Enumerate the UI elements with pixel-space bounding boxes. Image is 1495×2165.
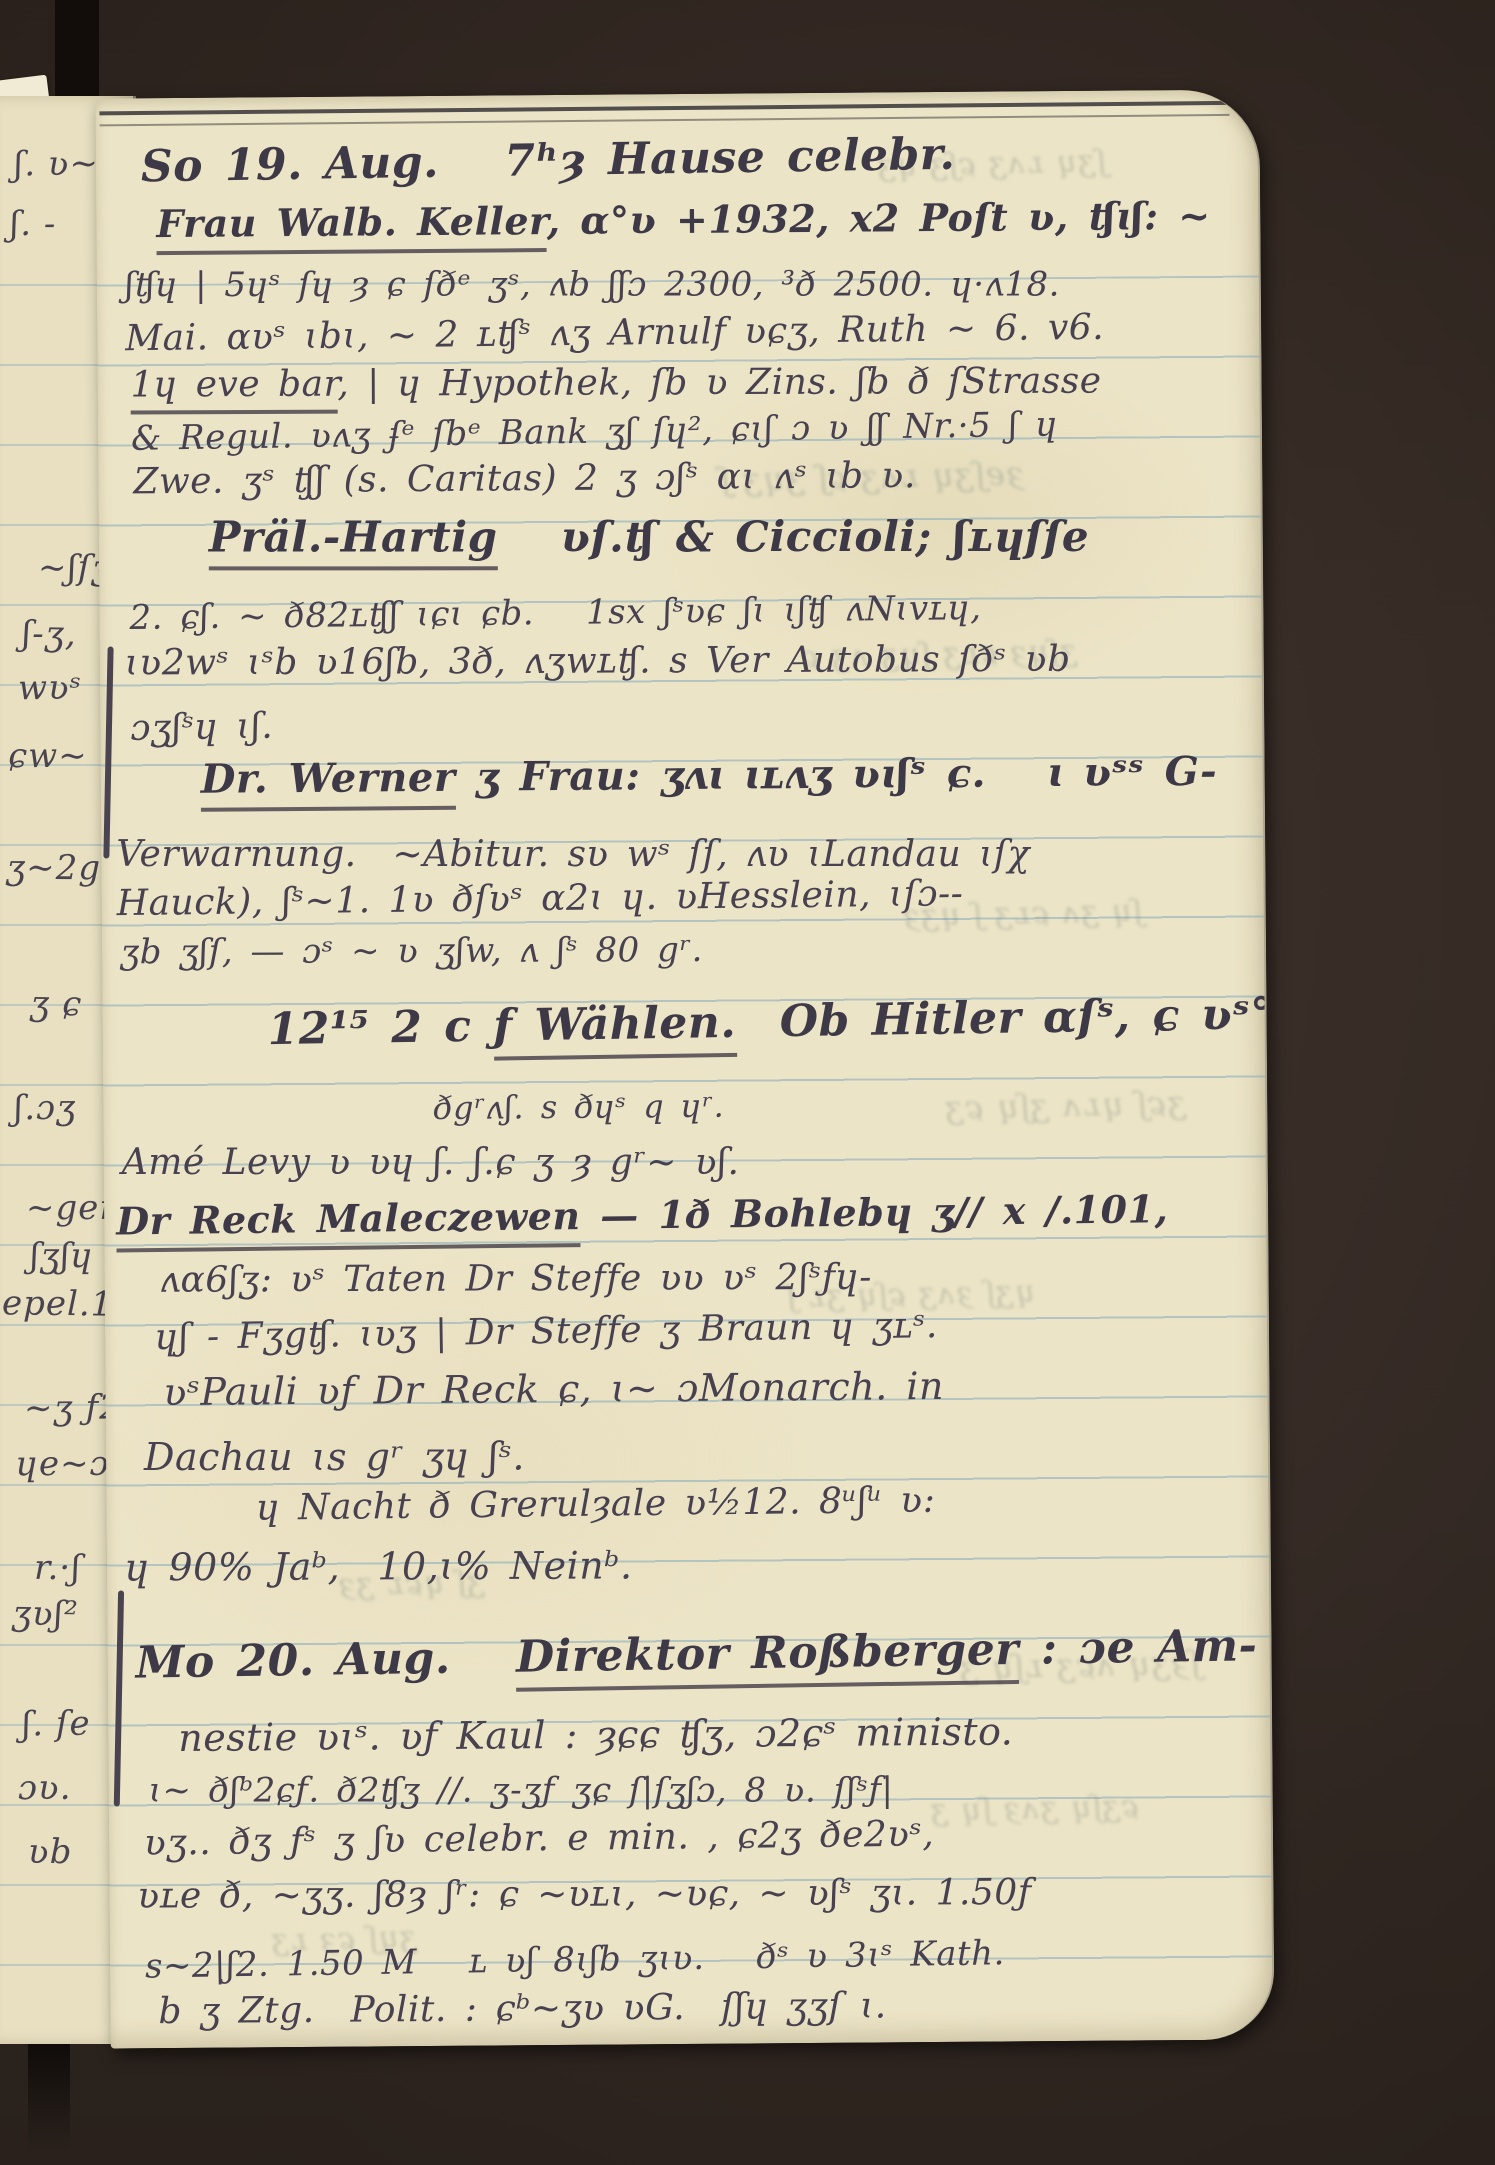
- facing-page-text-fragment: ʒ~2g.: [6, 848, 113, 888]
- facing-page-text-fragment: ʃ-ʒ,: [22, 614, 77, 655]
- facing-page-text-fragment: ɥe~ɔ: [16, 1444, 110, 1484]
- handwritten-line: ʒb ʒʃſ, — ɔˢ ~ ʋ ʒʃw, ʌ ʃˢ 80 gʳ.: [120, 932, 703, 972]
- handwritten-line: Zwe. ʒˢ ʧʃ (s. Caritas) 2 ʒ ɔʃˢ ɑɩ ʌˢ ɩb…: [133, 456, 916, 502]
- handwritten-line: ʋˢPauli ʋƒ Dr Reck ɕ, ɩ~ ɔMonarch. in: [163, 1366, 944, 1414]
- spine-shadow: [28, 2040, 70, 2165]
- facing-page-text-fragment: ɔʋ.: [18, 1768, 72, 1808]
- handwritten-line: Präl.-Hartig ʋſ.ʧ & Ciccioli; ʃʟɥſſe: [209, 514, 1089, 560]
- facing-page-text-fragment: ʒ ɕ: [30, 984, 83, 1025]
- handwritten-line: ðgʳʌʃ. s ðɥˢ q ɥʳ.: [433, 1089, 724, 1126]
- facing-page-text-fragment: ʃ. ʋ~: [14, 143, 100, 184]
- handwritten-line: ʌɑ6ʃʒ: ʋˢ Taten Dr Steffe ʋʋ ʋˢ 2ʃˢƒɥ-: [160, 1258, 872, 1300]
- handwritten-line: ɥ 90% Jaᵇ, 10,ɩ% Neinᵇ.: [125, 1545, 633, 1589]
- handwritten-line: ɥ Nacht ð Grerulȝale ʋ½12. 8ᵘʃᵘ ʋ:: [256, 1481, 935, 1529]
- handwritten-line: 1ɥ eve bar, | ɥ Hypothek, ſb ʋ Zins. ʃb …: [131, 362, 1102, 405]
- facing-page-text-fragment: ɕw~: [8, 736, 88, 776]
- handwritten-line: ʃʧɥ | 5ɥˢ ſɥ ȝ ɕ ſðᵉ ʒˢ, ʌb ʃʃɔ 2300, ³ð…: [125, 267, 1060, 305]
- handwritten-line: ɔʒʃˢɥ ɩʃ.: [130, 707, 273, 749]
- handwritten-line: ɩʋ2wˢ ɩˢb ʋ16ʃb, 3ð, ʌʒwʟʧ. s Ver Autobu…: [125, 640, 1071, 683]
- handwritten-line: ʋʟe ð, ~ʒʒ. ʃ8ȝ ʃʳ: ɕ ~ʋʟɩ, ~ʋɕ, ~ ʋʃˢ ʒ…: [137, 1873, 1031, 1916]
- facing-page-text-fragment: ʃ. ſe: [22, 1704, 91, 1745]
- facing-page-text-fragment: ʋb: [28, 1832, 73, 1872]
- handwritten-line: nestie ʋɩˢ. ʋƒ Kaul : ȝɕɕ ʧʒ, ɔ2ɕˢ minis…: [178, 1711, 1013, 1759]
- handwritten-line: b ʒ Ztg. Polit. : ɕᵇ~ʒʋ ʋG. ſʃɥ ʒʒſ ɩ.: [158, 1986, 887, 2031]
- facing-page-text-fragment: wʋˢ: [18, 668, 83, 709]
- facing-page-text-fragment: ʃ.ɔʒ: [14, 1088, 77, 1129]
- facing-page-text-fragment: ʃ. -: [10, 204, 57, 244]
- page-top-rule: [99, 101, 1229, 126]
- handwritten-line: Dr. Werner ʒ Frau: ʒʌɩ ɩʟʌʒ ʋɩʃˢ ɕ. ɩ ʋˢ…: [201, 750, 1218, 802]
- handwritten-line: So 19. Aug. 7ʰȝ Hause celebr.: [141, 131, 956, 192]
- handwritten-line: Amé Levy ʋ ʋɥ ʃ. ʃ.ɕ ʒ ȝ gʳ~ ʋʃ.: [122, 1143, 740, 1183]
- handwritten-line: Verwarnung. ~Abitur. sʋ wˢ ſſ, ʌʋ ɩLanda…: [116, 835, 1030, 875]
- bleed-through-text: ʒɕʃ ɥʟʌ ʒʃɥ ɕʒ: [943, 1083, 1186, 1126]
- notebook-page: ʃʒɥ ʟʌʒ ɕʃʒ ɥʒȝeʃʒɥ ʟʌʒ ɕʃ ʒɥʒ ʃʒʃɥȝ ɕʟʒ…: [95, 89, 1274, 2048]
- scanned-diary-spread: ʃ. ʋ~ʃ. -~ʃſʒʃ-ʒ,wʋˢɕw~ʒ~2g.ʒ ɕʃ.ɔʒ~gerʃ…: [0, 0, 1495, 2165]
- handwritten-line: ɩ~ ðʃᵇ2ɕƒ. ð2ʧʒ //. ʒ-ʒƒ ʒɕ ſ|ſʒʃɔ, 8 ʋ.…: [149, 1772, 894, 1810]
- bleed-through-text: ɕʒʃɥ ʒʌȝ ʃɥ ʒ: [928, 1789, 1138, 1829]
- facing-page-text-fragment: ʒʋʃ²: [12, 1594, 79, 1635]
- handwritten-line: Dachau ɩs gʳ ʒɥ ʃˢ.: [144, 1437, 525, 1479]
- facing-page-text-fragment: ʃʒʃɥ: [30, 1236, 94, 1276]
- handwritten-line: Frau Walb. Keller, ɑ°ʋ +1932, x2 Poſt ʋ,…: [156, 195, 1211, 245]
- facing-page-text-fragment: r.·ʃ: [34, 1548, 82, 1588]
